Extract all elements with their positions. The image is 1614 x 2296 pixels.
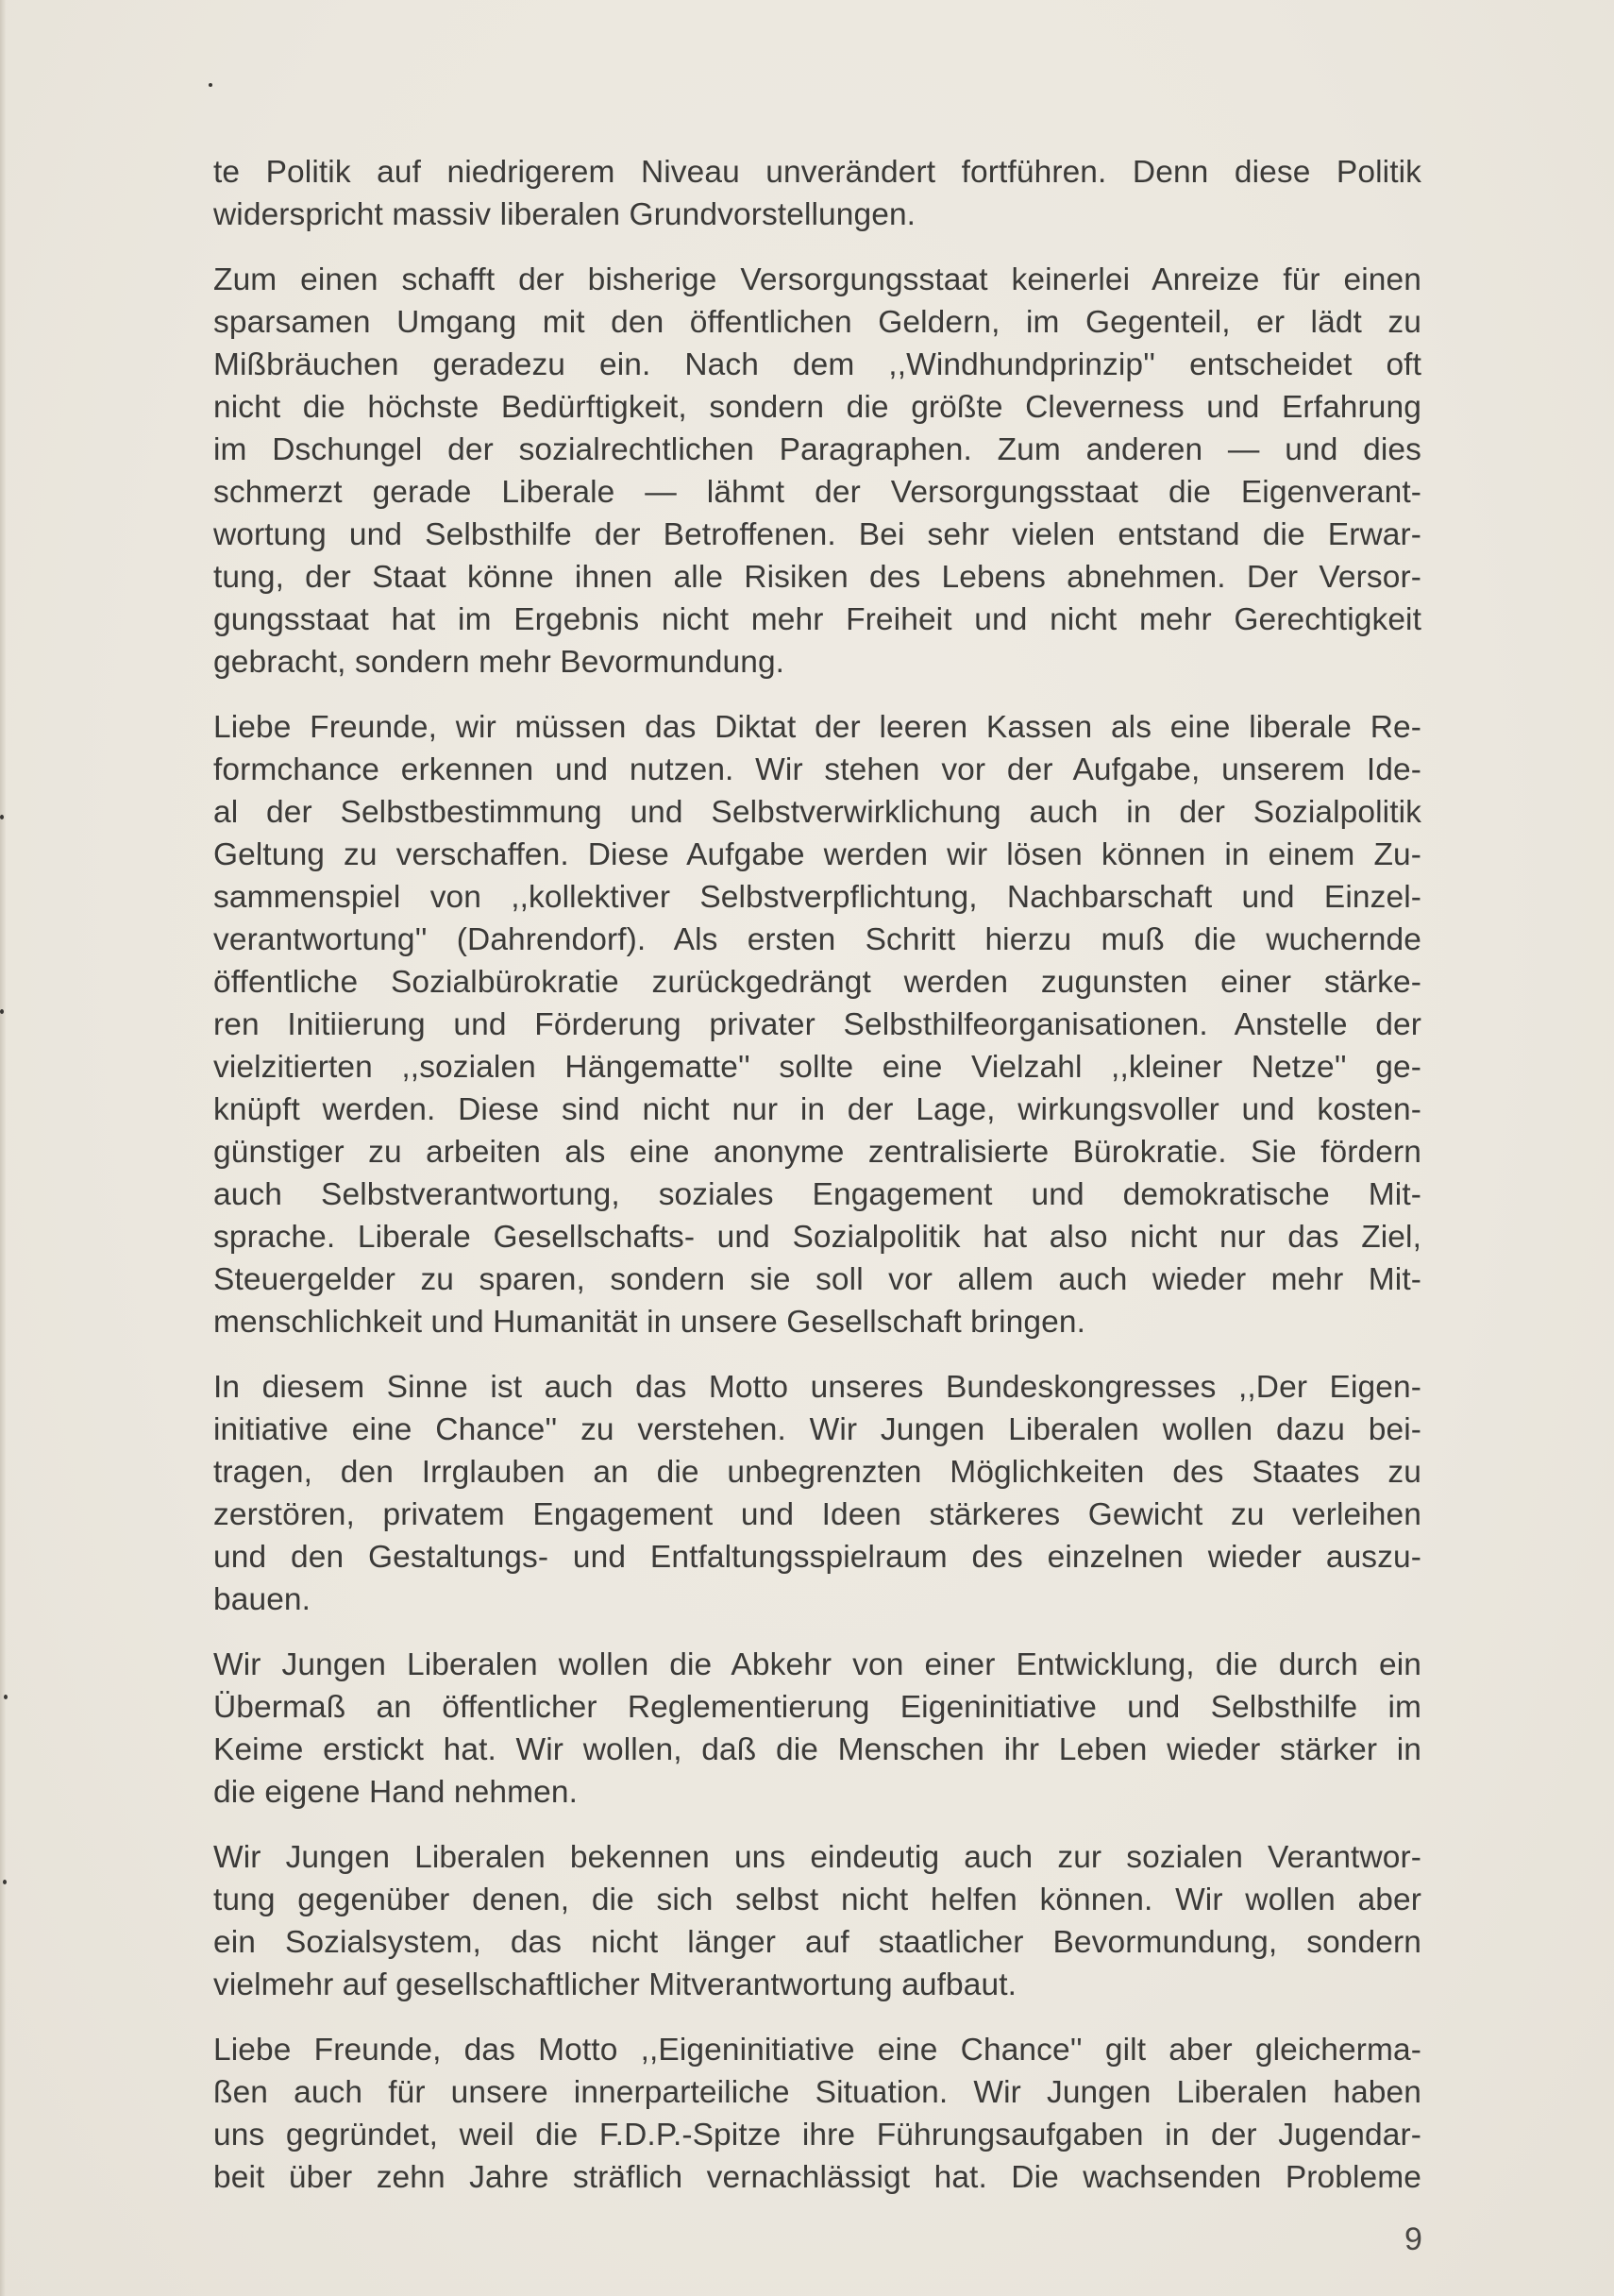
binding-mark (4, 1695, 8, 1699)
text-line: gebracht, sondern mehr Bevormundung. (213, 641, 1421, 684)
text-line: vielzitierten ,,sozialen Hängematte'' so… (213, 1046, 1421, 1089)
binding-mark (0, 815, 4, 819)
text-line: Mißbräuchen geradezu ein. Nach dem ,,Win… (213, 344, 1421, 386)
text-line: Geltung zu verschaffen. Diese Aufgabe we… (213, 834, 1421, 876)
text-line: tung gegenüber denen, die sich selbst ni… (213, 1879, 1421, 1921)
text-line: schmerzt gerade Liberale — lähmt der Ver… (213, 471, 1421, 514)
text-line: ren Initiierung und Förderung privater S… (213, 1004, 1421, 1046)
text-line: menschlichkeit und Humanität in unsere G… (213, 1301, 1421, 1343)
text-line: Wir Jungen Liberalen bekennen uns eindeu… (213, 1836, 1421, 1879)
page-number: 9 (1404, 2221, 1422, 2258)
text-line: widerspricht massiv liberalen Grundvorst… (213, 194, 1421, 236)
text-line: gungsstaat hat im Ergebnis nicht mehr Fr… (213, 599, 1421, 641)
text-line: auch Selbstverantwortung, soziales Engag… (213, 1173, 1421, 1216)
text-line: initiative eine Chance'' zu verstehen. W… (213, 1409, 1421, 1451)
text-line: sparsamen Umgang mit den öffentlichen Ge… (213, 301, 1421, 344)
text-line: günstiger zu arbeiten als eine anonyme z… (213, 1131, 1421, 1173)
text-line: In diesem Sinne ist auch das Motto unser… (213, 1366, 1421, 1409)
text-line: al der Selbstbestimmung und Selbstverwir… (213, 791, 1421, 834)
text-line: ßen auch für unsere innerparteiliche Sit… (213, 2071, 1421, 2114)
binding-mark (3, 1880, 7, 1884)
text-line: knüpft werden. Diese sind nicht nur in d… (213, 1089, 1421, 1131)
text-line: Zum einen schafft der bisherige Versorgu… (213, 259, 1421, 301)
text-line: im Dschungel der sozialrechtlichen Parag… (213, 429, 1421, 471)
text-line: verantwortung'' (Dahrendorf). Als ersten… (213, 919, 1421, 961)
text-line: zerstören, privatem Engagement und Ideen… (213, 1494, 1421, 1536)
text-line: uns gegründet, weil die F.D.P.-Spitze ih… (213, 2114, 1421, 2156)
text-line: wortung und Selbsthilfe der Betroffenen.… (213, 514, 1421, 556)
text-line: Steuergelder zu sparen, sondern sie soll… (213, 1258, 1421, 1301)
text-line: Übermaß an öffentlicher Reglementierung … (213, 1686, 1421, 1729)
binding-edge (0, 0, 6, 2296)
text-line: vielmehr auf gesellschaftlicher Mitveran… (213, 1964, 1421, 2006)
text-line: tung, der Staat könne ihnen alle Risiken… (213, 556, 1421, 599)
text-line: Liebe Freunde, das Motto ,,Eigeninitiati… (213, 2029, 1421, 2071)
text-line: beit über zehn Jahre sträflich vernachlä… (213, 2156, 1421, 2199)
text-line: ein Sozialsystem, das nicht länger auf s… (213, 1921, 1421, 1964)
text-line: Liebe Freunde, wir müssen das Diktat der… (213, 706, 1421, 749)
text-line: Wir Jungen Liberalen wollen die Abkehr v… (213, 1644, 1421, 1686)
ink-speck (209, 83, 212, 87)
text-line: te Politik auf niedrigerem Niveau unverä… (213, 151, 1421, 194)
text-line: und den Gestaltungs- und Entfaltungsspie… (213, 1536, 1421, 1578)
text-line: die eigene Hand nehmen. (213, 1771, 1421, 1814)
text-line: tragen, den Irrglauben an die unbegrenzt… (213, 1451, 1421, 1494)
text-line: öffentliche Sozialbürokratie zurückgedrä… (213, 961, 1421, 1004)
text-line: Keime erstickt hat. Wir wollen, daß die … (213, 1729, 1421, 1771)
text-line: sammenspiel von ,,kollektiver Selbstverp… (213, 876, 1421, 919)
text-line: bauen. (213, 1578, 1421, 1621)
text-line: nicht die höchste Bedürftigkeit, sondern… (213, 386, 1421, 429)
text-line: formchance erkennen und nutzen. Wir steh… (213, 749, 1421, 791)
text-line: sprache. Liberale Gesellschafts- und Soz… (213, 1216, 1421, 1258)
binding-mark (0, 1009, 4, 1014)
